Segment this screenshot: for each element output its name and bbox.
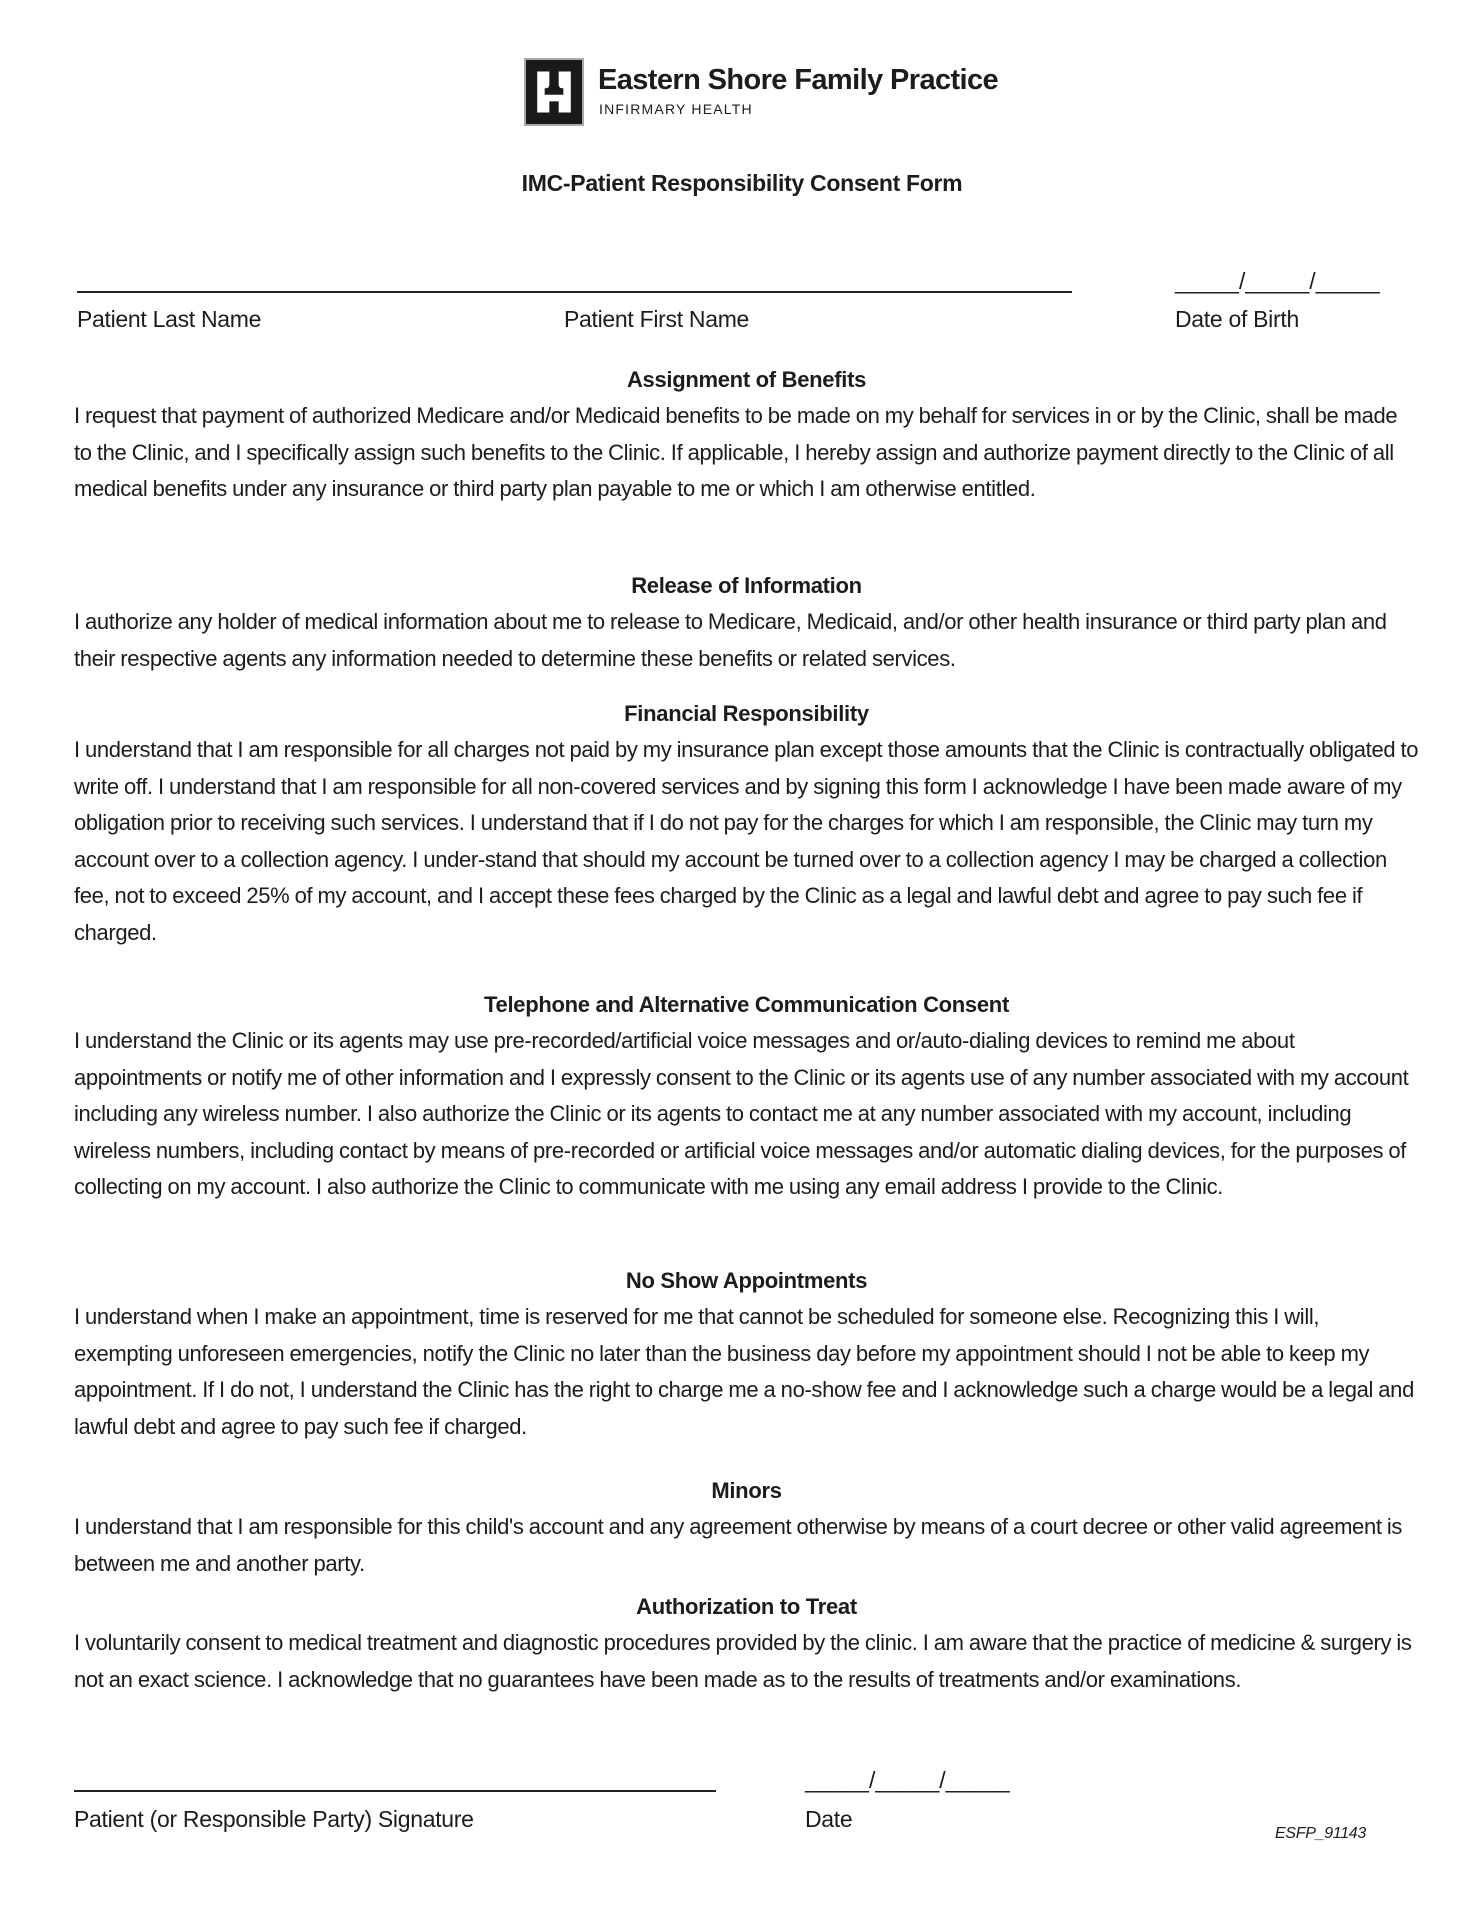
section-body: I authorize any holder of medical inform…	[74, 604, 1419, 677]
section-financial-responsibility: Financial Responsibility I understand th…	[74, 695, 1419, 952]
section-heading: Authorization to Treat	[74, 1588, 1419, 1625]
form-code: ESFP_91143	[1275, 1825, 1366, 1843]
section-body: I understand the Clinic or its agents ma…	[74, 1023, 1419, 1206]
patient-name-field-line[interactable]	[77, 291, 1072, 293]
section-body: I voluntarily consent to medical treatme…	[74, 1625, 1419, 1698]
first-name-label: Patient First Name	[564, 306, 749, 333]
section-heading: Financial Responsibility	[74, 695, 1419, 732]
section-telephone-consent: Telephone and Alternative Communication …	[74, 986, 1419, 1206]
org-name: Eastern Shore Family Practice	[598, 64, 998, 97]
section-authorization-to-treat: Authorization to Treat I voluntarily con…	[74, 1588, 1419, 1698]
signature-date-field[interactable]: _____/_____/_____	[805, 1767, 1010, 1794]
form-title: IMC-Patient Responsibility Consent Form	[0, 170, 1484, 197]
signature-field-line[interactable]	[74, 1790, 716, 1792]
section-heading: Minors	[74, 1472, 1419, 1509]
org-subtitle: INFIRMARY HEALTH	[599, 101, 753, 117]
last-name-label: Patient Last Name	[77, 306, 261, 333]
section-no-show-appointments: No Show Appointments I understand when I…	[74, 1262, 1419, 1445]
section-body: I understand that I am responsible for t…	[74, 1509, 1419, 1582]
section-heading: Release of Information	[74, 567, 1419, 604]
section-body: I request that payment of authorized Med…	[74, 398, 1419, 508]
ih-logo-icon	[524, 58, 584, 126]
section-heading: No Show Appointments	[74, 1262, 1419, 1299]
date-label: Date	[805, 1806, 852, 1833]
signature-label: Patient (or Responsible Party) Signature	[74, 1806, 474, 1833]
section-body: I understand that I am responsible for a…	[74, 732, 1419, 952]
section-heading: Assignment of Benefits	[74, 361, 1419, 398]
section-minors: Minors I understand that I am responsibl…	[74, 1472, 1419, 1582]
section-heading: Telephone and Alternative Communication …	[74, 986, 1419, 1023]
section-release-of-information: Release of Information I authorize any h…	[74, 567, 1419, 677]
ih-monogram-icon	[526, 60, 582, 124]
section-body: I understand when I make an appointment,…	[74, 1299, 1419, 1445]
dob-label: Date of Birth	[1175, 306, 1299, 333]
dob-field[interactable]: _____/_____/_____	[1175, 268, 1380, 295]
section-assignment-of-benefits: Assignment of Benefits I request that pa…	[74, 361, 1419, 508]
